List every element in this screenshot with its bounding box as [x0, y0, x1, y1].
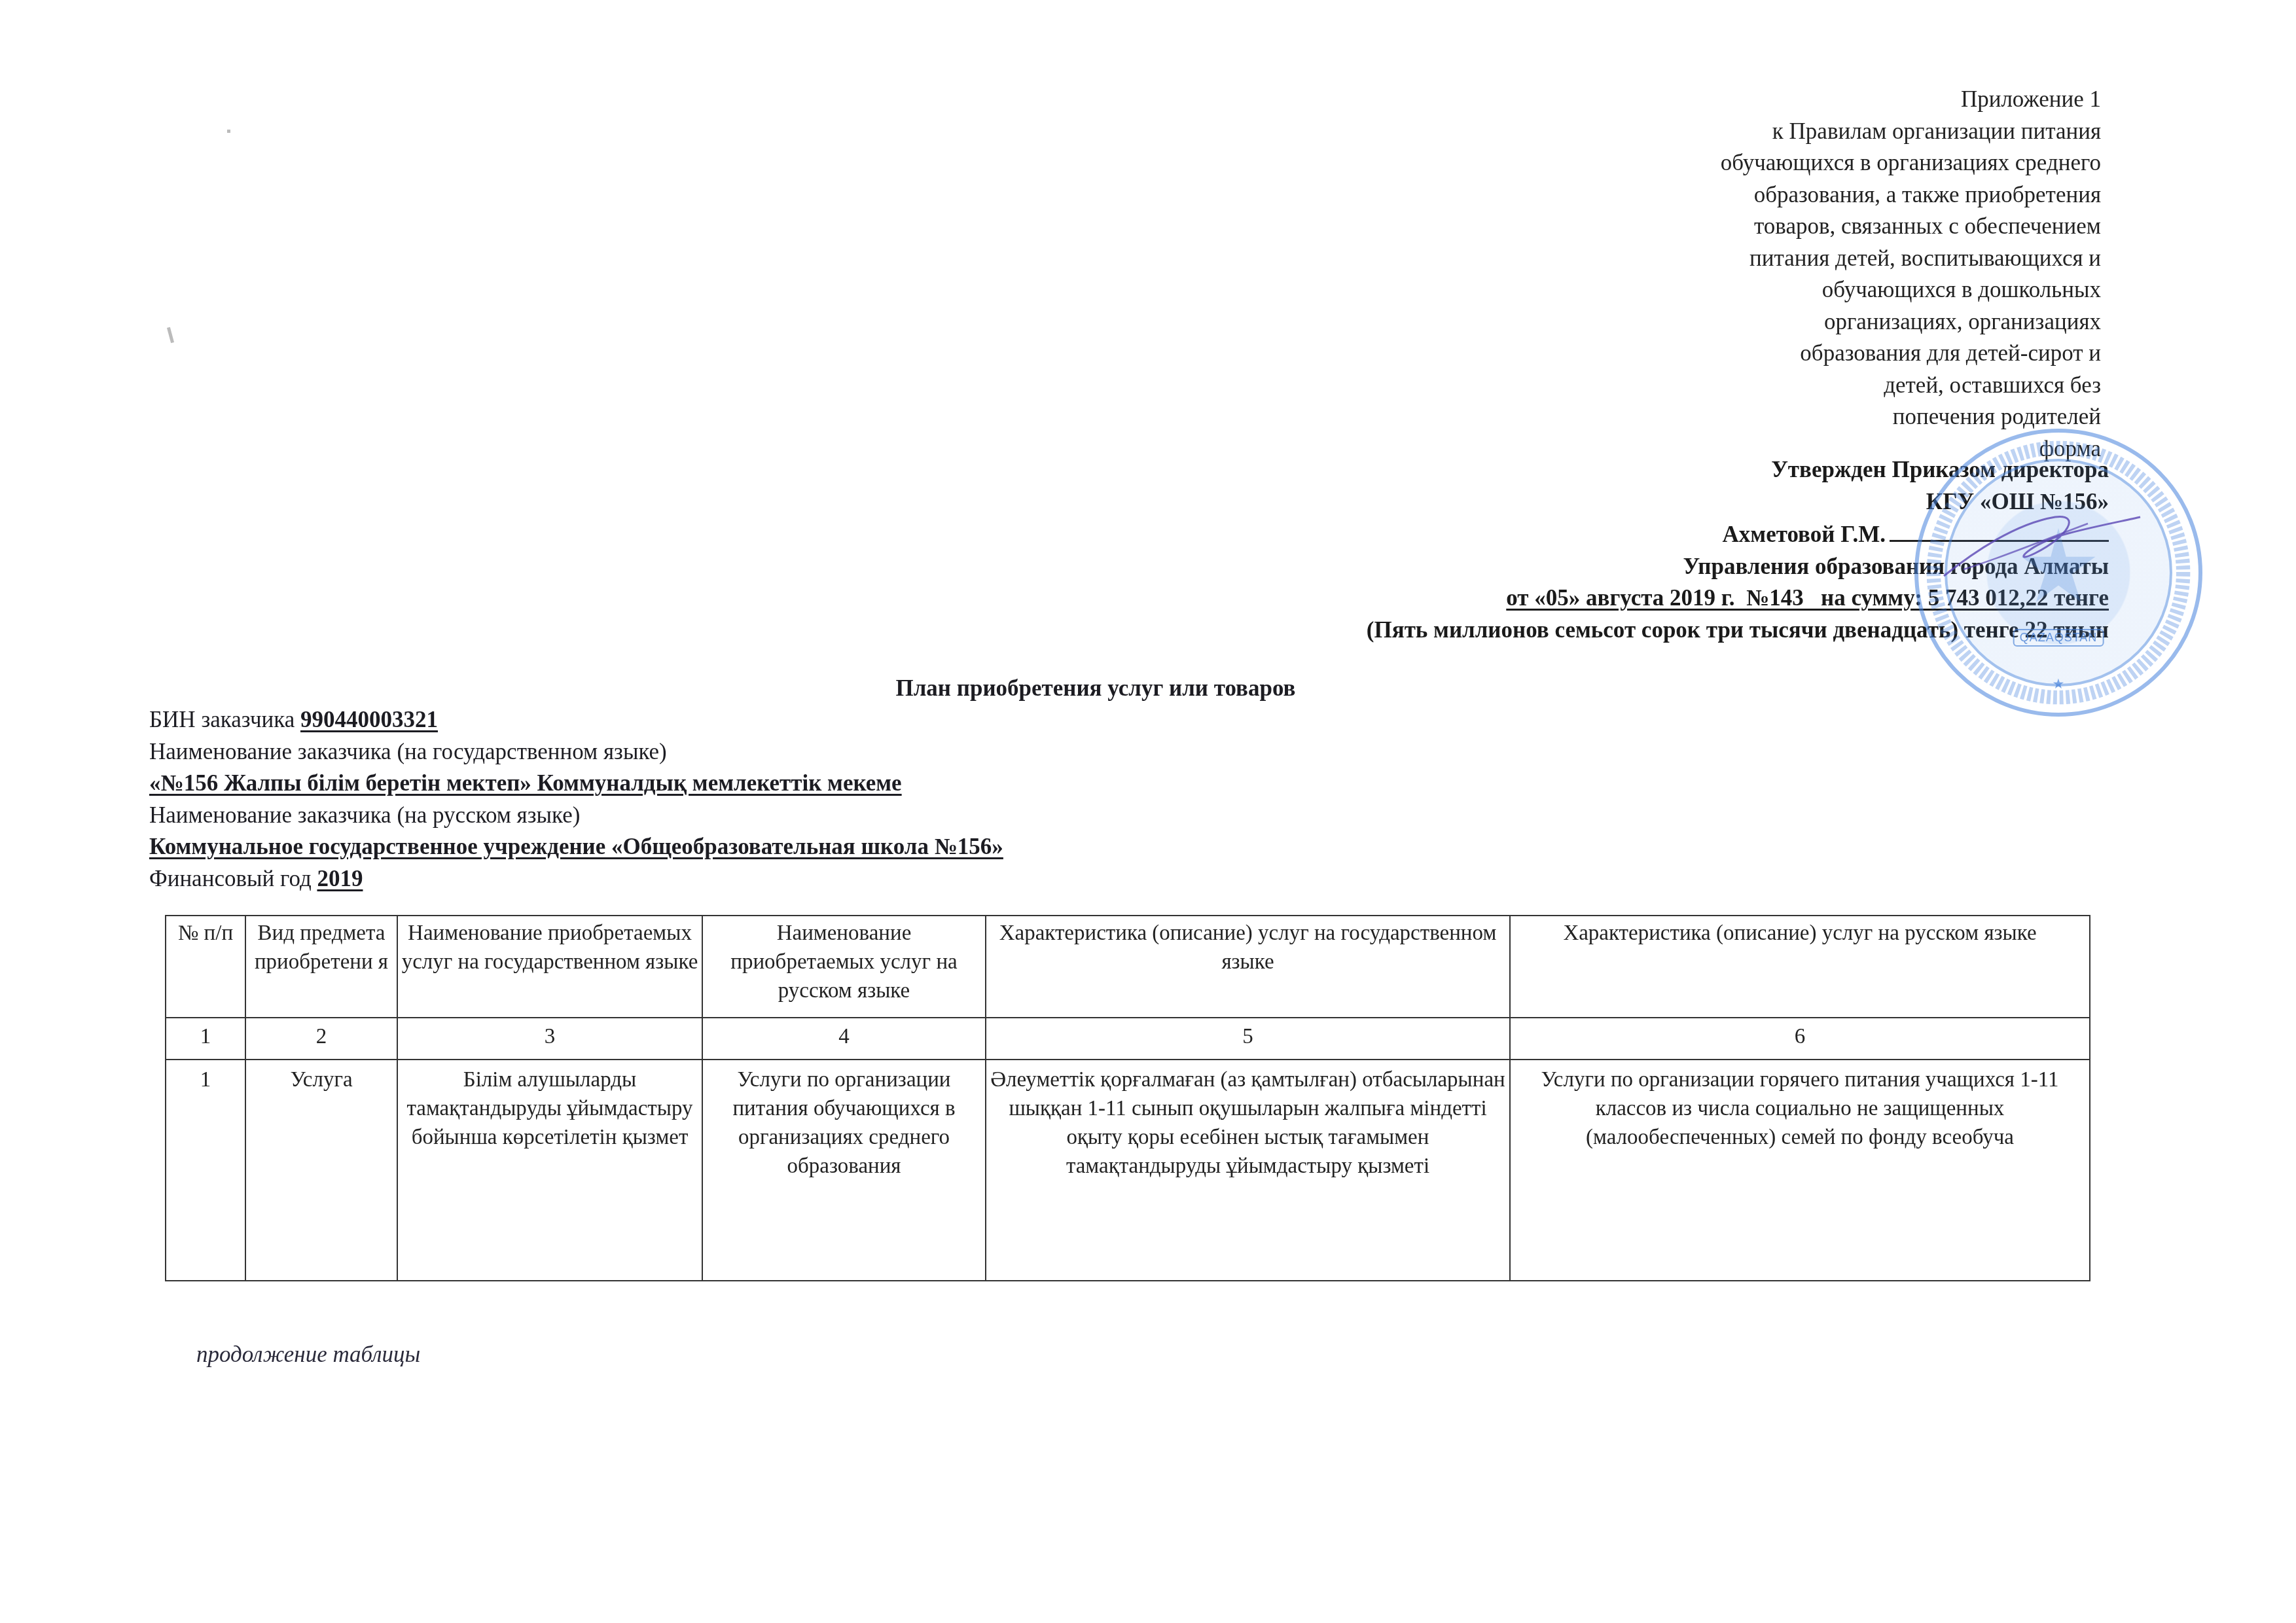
cell-type: Услуга — [245, 1060, 397, 1281]
appendix-line: организациях, организациях — [1512, 306, 2101, 338]
approval-block: Утвержден Приказом директора КГУ «ОШ №15… — [996, 454, 2109, 646]
column-number: 4 — [702, 1018, 986, 1060]
bin-row: БИН заказчика 990440003321 — [149, 704, 1785, 736]
column-number: 1 — [166, 1018, 245, 1060]
name-state-label: Наименование заказчика (на государственн… — [149, 736, 1785, 768]
appendix-line: питания детей, воспитывающихся и — [1512, 243, 2101, 275]
header-name-ru: Наименование приобретаемых услуг на русс… — [702, 916, 986, 1018]
name-ru-label: Наименование заказчика (на русском языке… — [149, 800, 1785, 832]
approval-amount-words: (Пять миллионов семьсот сорок три тысячи… — [996, 615, 2109, 647]
fin-year-value: 2019 — [317, 866, 363, 891]
appendix-line: Приложение 1 — [1512, 84, 2101, 116]
bin-label: БИН заказчика — [149, 707, 300, 732]
header-desc-state: Характеристика (описание) услуг на госуд… — [986, 916, 1510, 1018]
header-name-state: Наименование приобретаемых услуг на госу… — [397, 916, 702, 1018]
header-num: № п/п — [166, 916, 245, 1018]
approval-department: Управления образования города Алматы — [996, 551, 2109, 583]
approval-order: Утвержден Приказом директора — [996, 454, 2109, 486]
approval-signer-row: Ахметовой Г.М. — [996, 518, 2109, 551]
page-title-text: План приобретения услуг или товаров — [895, 675, 1295, 701]
document-page: Приложение 1 к Правилам организации пита… — [0, 0, 2296, 1623]
procurement-plan-table: № п/п Вид предмета приобретени я Наимено… — [165, 915, 2090, 1281]
approval-signer: Ахметовой Г.М. — [1723, 522, 1886, 547]
header-desc-ru: Характеристика (описание) услуг на русск… — [1510, 916, 2090, 1018]
appendix-line: детей, оставшихся без — [1512, 370, 2101, 402]
cell-desc-state: Әлеуметтік қорғалмаған (аз қамтылған) от… — [986, 1060, 1510, 1281]
approval-date-amount: от «05» августа 2019 г. №143 на сумму: 5… — [996, 582, 2109, 615]
customer-info: БИН заказчика 990440003321 Наименование … — [149, 704, 1785, 895]
cell-name-ru: Услуги по организации питания обучающихс… — [702, 1060, 986, 1281]
page-title: План приобретения услуг или товаров — [0, 673, 2296, 704]
column-number: 5 — [986, 1018, 1510, 1060]
appendix-line: обучающихся в организациях среднего — [1512, 147, 2101, 179]
scan-artifact — [227, 130, 230, 133]
name-state-value: «№156 Жалпы білім беретін мектеп» Коммун… — [149, 770, 902, 796]
appendix-line: обучающихся в дошкольных — [1512, 274, 2101, 306]
fin-year-row: Финансовый год 2019 — [149, 863, 1785, 895]
bin-value: 990440003321 — [300, 707, 438, 732]
table-header-row: № п/п Вид предмета приобретени я Наимено… — [166, 916, 2090, 1018]
signature-line — [1890, 518, 2109, 542]
cell-desc-ru: Услуги по организации горячего питания у… — [1510, 1060, 2090, 1281]
table-continuation-note: продолжение таблицы — [196, 1342, 420, 1368]
header-type: Вид предмета приобретени я — [245, 916, 397, 1018]
appendix-reference: Приложение 1 к Правилам организации пита… — [1512, 84, 2101, 465]
appendix-line: товаров, связанных с обеспечением — [1512, 211, 2101, 243]
column-number: 3 — [397, 1018, 702, 1060]
table-row: 1 Услуга Білім алушыларды тамақтандыруды… — [166, 1060, 2090, 1281]
appendix-line: попечения родителей — [1512, 401, 2101, 433]
cell-num: 1 — [166, 1060, 245, 1281]
approval-organization: КГУ «ОШ №156» — [996, 486, 2109, 518]
appendix-line: образования, а также приобретения — [1512, 179, 2101, 211]
column-number-row: 1 2 3 4 5 6 — [166, 1018, 2090, 1060]
column-number: 2 — [245, 1018, 397, 1060]
scan-artifact — [167, 327, 174, 343]
name-ru-value: Коммунальное государственное учреждение … — [149, 834, 1003, 859]
cell-name-state: Білім алушыларды тамақтандыруды ұйымдаст… — [397, 1060, 702, 1281]
column-number: 6 — [1510, 1018, 2090, 1060]
fin-year-label: Финансовый год — [149, 866, 317, 891]
appendix-line: образования для детей-сирот и — [1512, 338, 2101, 370]
appendix-line: к Правилам организации питания — [1512, 116, 2101, 148]
